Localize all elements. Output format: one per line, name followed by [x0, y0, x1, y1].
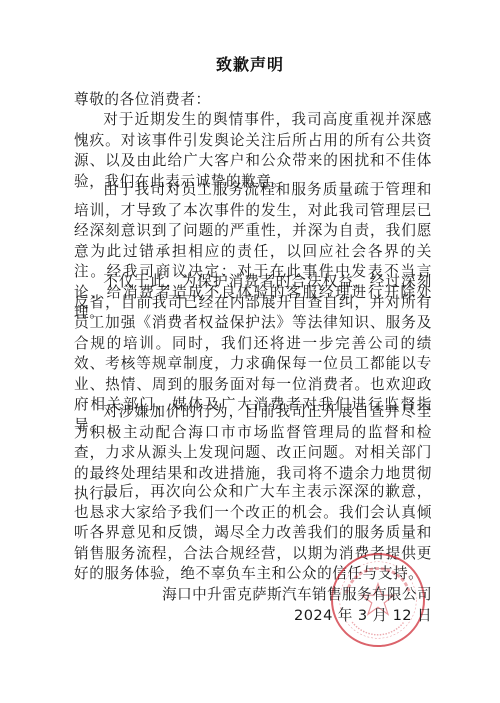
apology-document: 致歉声明 尊敬的各位消费者： 对于近期发生的舆情事件，我司高度重视并深感愧疚。对…	[0, 0, 500, 703]
signature-date: 2024 年 3 月 12 日	[162, 606, 432, 627]
signature-block: 海口中升雷克萨斯汽车销售服务有限公司 2024 年 3 月 12 日	[162, 585, 432, 626]
document-title: 致歉声明	[0, 52, 500, 75]
company-name: 海口中升雷克萨斯汽车销售服务有限公司	[162, 585, 432, 606]
salutation: 尊敬的各位消费者：	[74, 90, 432, 111]
